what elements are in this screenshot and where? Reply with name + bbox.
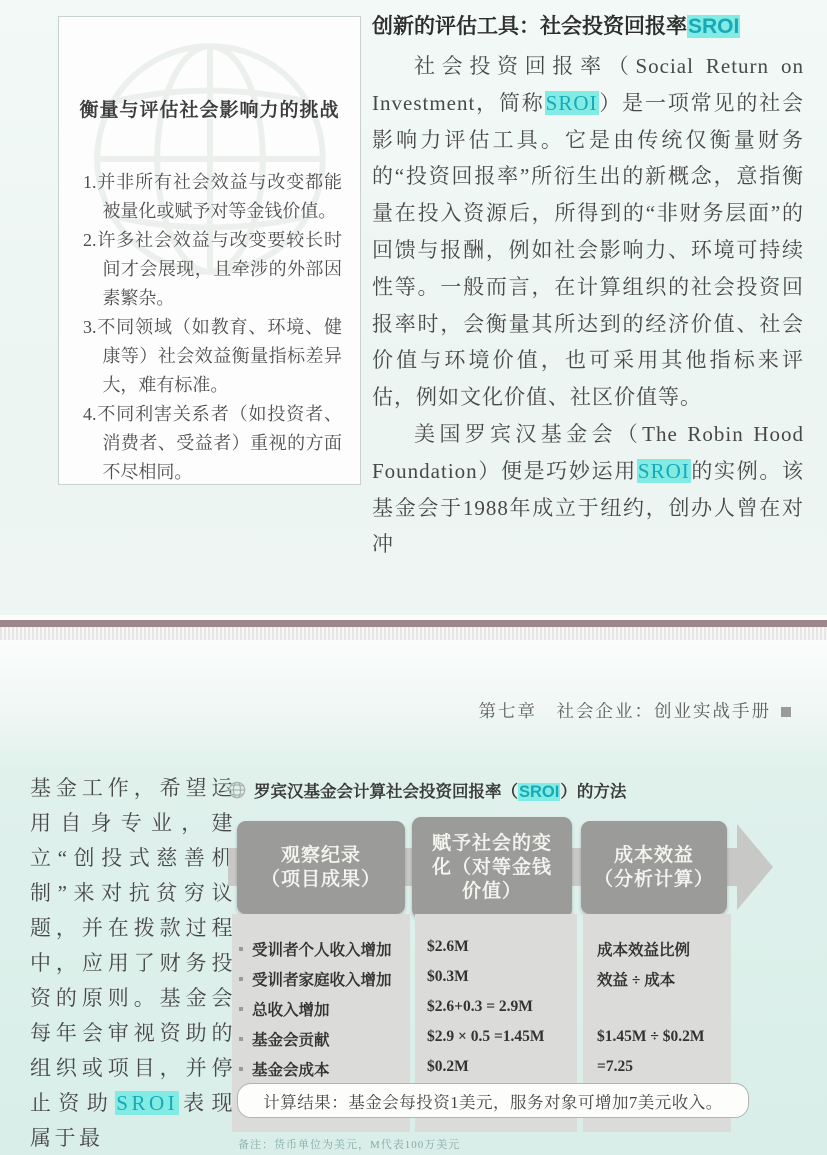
- text-run: 基金工作，希望运用自身专业，建立“创投式慈善机制”来对抗贫穷议题，并在拨款过程中…: [30, 776, 236, 1115]
- challenge-sidebar-box: 衡量与评估社会影响力的挑战 1.并非所有社会效益与改变都能被量化或赋予对等金钱价…: [58, 16, 361, 485]
- diagram-row: 受训者个人收入增加: [252, 938, 410, 968]
- diagram-row: 成本效益比例: [597, 938, 731, 968]
- diagram-result-bar: 计算结果：基金会每投资1美元，服务对象可增加7美元收入。: [237, 1083, 749, 1118]
- diagram-row: [597, 998, 731, 1028]
- diagram-row: 受训者家庭收入增加: [252, 968, 410, 998]
- article-paragraph: 社会投资回报率（Social Return on Investment，简称SR…: [372, 48, 804, 416]
- page-divider-bar: [0, 620, 827, 627]
- challenge-list: 1.并非所有社会效益与改变都能被量化或赋予对等金钱价值。2.许多社会效益与改变要…: [83, 168, 342, 485]
- article-paragraphs: 社会投资回报率（Social Return on Investment，简称SR…: [372, 48, 804, 563]
- challenge-box-title: 衡量与评估社会影响力的挑战: [59, 95, 360, 122]
- diagram-box-line: 观察纪录: [237, 844, 405, 868]
- diagram-row: $1.45M ÷ $0.2M: [597, 1028, 731, 1058]
- process-arrow-head: [737, 824, 773, 910]
- diagram-row: $2.9 × 0.5 =1.45M: [427, 1028, 577, 1058]
- text-run: ）的方法: [560, 783, 626, 801]
- article-column: 创新的评估工具：社会投资回报率SROI 社会投资回报率（Social Retur…: [372, 10, 804, 563]
- diagram-box-line: （项目成果）: [237, 868, 405, 892]
- challenge-list-item: 4.不同利害关系者（如投资者、消费者、受益者）重视的方面不尽相同。: [83, 400, 342, 485]
- article-paragraph: 美国罗宾汉基金会（The Robin Hood Foundation）便是巧妙运…: [372, 416, 804, 563]
- diagram-row: 基金会贡献: [252, 1028, 410, 1058]
- book-scan-page: 衡量与评估社会影响力的挑战 1.并非所有社会效益与改变都能被量化或赋予对等金钱价…: [0, 0, 827, 1155]
- sroi-highlight: SROI: [637, 459, 691, 483]
- diagram-box-line: 赋予社会的变: [412, 832, 572, 856]
- text-run: 创新的评估工具：社会投资回报率: [372, 15, 687, 38]
- section-marker-icon: [781, 707, 791, 717]
- text-run: ）是一项常见的社会影响力评估工具。它是由传统仅衡量财务的“投资回报率”所衍生出的…: [372, 91, 804, 409]
- left-text-column: 基金工作，希望运用自身专业，建立“创投式慈善机制”来对抗贫穷议题，并在拨款过程中…: [30, 771, 236, 1155]
- diagram-row: $2.6M: [427, 938, 577, 968]
- globe-icon: [228, 781, 246, 799]
- sroi-highlight: SROI: [518, 783, 560, 801]
- bottom-page: 第七章 社会企业：创业实战手册 基金工作，希望运用自身专业，建立“创投式慈善机制…: [0, 640, 827, 1155]
- diagram-footnote: 备注：货币单位为美元，M代表100万美元: [238, 1136, 460, 1152]
- diagram-row: $2.6+0.3 = 2.9M: [427, 998, 577, 1028]
- diagram-header-box: 观察纪录（项目成果）: [237, 821, 405, 914]
- challenge-list-item: 2.许多社会效益与改变要较长时间才会展现，且牵涉的外部因素繁杂。: [83, 226, 342, 313]
- diagram-title: 罗宾汉基金会计算社会投资回报率（SROI）的方法: [228, 778, 808, 802]
- article-heading: 创新的评估工具：社会投资回报率SROI: [372, 10, 804, 40]
- diagram-result-text: 计算结果：基金会每投资1美元，服务对象可增加7美元收入。: [263, 1089, 723, 1113]
- diagram-box-line: （分析计算）: [581, 868, 727, 892]
- diagram-box-line: 化（对等金钱: [412, 856, 572, 880]
- chapter-header: 第七章 社会企业：创业实战手册: [479, 698, 792, 723]
- diagram-row: $0.3M: [427, 968, 577, 998]
- challenge-list-item: 1.并非所有社会效益与改变都能被量化或赋予对等金钱价值。: [83, 168, 342, 226]
- diagram-row: 总收入增加: [252, 998, 410, 1028]
- sroi-highlight: SROI: [545, 91, 599, 115]
- challenge-list-item: 3.不同领域（如教育、环境、健康等）社会效益衡量指标差异大，难有标准。: [83, 313, 342, 400]
- sroi-highlight: SROI: [115, 1091, 179, 1115]
- diagram-row: 效益 ÷ 成本: [597, 968, 731, 998]
- diagram-title-text: 罗宾汉基金会计算社会投资回报率（SROI）的方法: [254, 778, 626, 802]
- diagram-header-box: 赋予社会的变化（对等金钱价值）: [412, 817, 572, 918]
- top-page: 衡量与评估社会影响力的挑战 1.并非所有社会效益与改变都能被量化或赋予对等金钱价…: [0, 0, 827, 618]
- diagram-box-line: 成本效益: [581, 844, 727, 868]
- diagram-box-line: 价值）: [412, 880, 572, 904]
- text-run: 罗宾汉基金会计算社会投资回报率（: [254, 783, 518, 801]
- sroi-highlight: SROI: [687, 15, 740, 38]
- chapter-header-text: 第七章 社会企业：创业实战手册: [479, 701, 772, 721]
- page-edge-texture: [0, 627, 827, 640]
- diagram-header-box: 成本效益（分析计算）: [581, 821, 727, 914]
